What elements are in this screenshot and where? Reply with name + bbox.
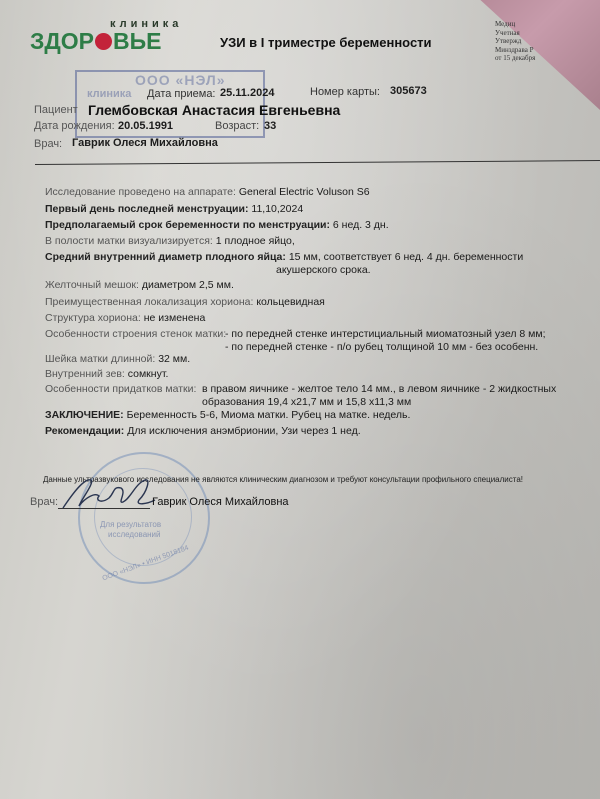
corner-form-note: Медиц Учетная Утвержд Минздрава Р от 15 … (495, 20, 555, 63)
ga-value: 6 нед. 3 дн. (333, 219, 389, 231)
finding-ga: Предполагаемый срок беременности по менс… (45, 219, 389, 231)
admission-date: 25.11.2024 (220, 87, 274, 99)
stamp-center-line-2: исследований (108, 530, 161, 539)
logo-left: ЗДОР (30, 28, 94, 54)
finding-cavity: В полости матки визуализируется: 1 плодн… (45, 235, 295, 247)
corner-note-line: от 15 декабря (495, 54, 555, 63)
chorion-struct-value: не изменена (144, 312, 206, 324)
finding-msd: Средний внутренний диаметр плодного яйца… (45, 251, 523, 263)
finding-chorion-struct: Структура хориона: не изменена (45, 312, 205, 324)
doctor-label: Врач: (34, 138, 62, 150)
os-label: Внутренний зев: (45, 368, 125, 380)
heart-icon (95, 33, 112, 50)
recommend-value: Для исключения анэмбрионии, Узи через 1 … (127, 425, 360, 437)
lmp-label: Первый день последней менструации: (45, 203, 248, 215)
logo-right: ВЬЕ (113, 28, 161, 54)
yolk-value: диаметром 2,5 мм. (142, 279, 234, 291)
walls-label: Особенности строения стенок матки: (45, 328, 226, 340)
yolk-label: Желточный мешок: (45, 279, 139, 291)
chorion-loc-value: кольцевидная (256, 296, 325, 308)
device-label: Исследование проведено на аппарате: (45, 186, 236, 198)
age: 33 (264, 120, 276, 132)
walls-line-1: - по передней стенке интерстициальный ми… (225, 328, 546, 340)
stamp-subtitle: клиника (87, 88, 131, 100)
cervix-label: Шейка матки длинной: (45, 353, 155, 365)
device-value: General Electric Voluson S6 (239, 186, 370, 198)
logo-wordmark: ЗДОРВЬЕ (30, 28, 162, 55)
msd-label: Средний внутренний диаметр плодного яйца… (45, 251, 286, 263)
chorion-struct-label: Структура хориона: (45, 312, 141, 324)
finding-chorion-loc: Преимущественная локализация хориона: ко… (45, 296, 325, 308)
admission-date-label: Дата приема: (147, 88, 216, 100)
os-value: сомкнут. (128, 368, 169, 380)
doctor-name: Гаврик Олеся Михайловна (72, 137, 218, 149)
finding-recommendation: Рекомендации: Для исключения анэмбрионии… (45, 425, 361, 437)
dob: 20.05.1991 (118, 120, 173, 132)
cavity-label: В полости матки визуализируется: (45, 235, 213, 247)
adnexa-line-1: в правом яичнике - желтое тело 14 мм., в… (202, 383, 556, 395)
finding-adnexa: Особенности придатков матки: (45, 383, 196, 395)
cervix-value: 32 мм. (158, 353, 190, 365)
finding-device: Исследование проведено на аппарате: Gene… (45, 186, 370, 198)
msd-value: 15 мм, соответствует 6 нед. 4 дн. береме… (289, 251, 523, 263)
walls-line-2: - по передней стенке - п/о рубец толщино… (225, 341, 538, 353)
document-title: УЗИ в I триместре беременности (220, 35, 432, 50)
corner-note-line: Утвержд (495, 37, 555, 46)
corner-note-line: Медиц (495, 20, 555, 29)
signature-icon (55, 470, 165, 515)
corner-note-line: Минздрава Р (495, 46, 555, 55)
header-divider (35, 160, 600, 165)
signature-doctor-name: Гаврик Олеся Михайловна (152, 496, 289, 508)
cavity-value: 1 плодное яйцо, (216, 235, 295, 247)
age-label: Возраст: (215, 120, 259, 132)
adnexa-line-2: образования 19,4 х21,7 мм и 15,8 х11,3 м… (202, 396, 411, 408)
msd-continuation: акушерского срока. (276, 264, 371, 276)
finding-conclusion: ЗАКЛЮЧЕНИЕ: Беременность 5-6, Миома матк… (45, 409, 410, 421)
stamp-center-line-1: Для результатов (100, 520, 161, 529)
dob-label: Дата рождения: (34, 120, 115, 132)
corner-note-line: Учетная (495, 29, 555, 38)
card-number: 305673 (390, 85, 427, 97)
signature-label: Врач: (30, 496, 58, 508)
adnexa-label: Особенности придатков матки: (45, 383, 196, 395)
conclusion-label: ЗАКЛЮЧЕНИЕ: (45, 409, 124, 421)
finding-yolk: Желточный мешок: диаметром 2,5 мм. (45, 279, 234, 291)
chorion-loc-label: Преимущественная локализация хориона: (45, 296, 253, 308)
conclusion-value: Беременность 5-6, Миома матки. Рубец на … (127, 409, 411, 421)
finding-cervix: Шейка матки длинной: 32 мм. (45, 353, 190, 365)
card-number-label: Номер карты: (310, 86, 380, 98)
ga-label: Предполагаемый срок беременности по менс… (45, 219, 330, 231)
patient-name: Глембовская Анастасия Евгеньевна (88, 102, 340, 118)
finding-walls: Особенности строения стенок матки: (45, 328, 226, 340)
lmp-value: 11,10,2024 (251, 203, 303, 215)
finding-os: Внутренний зев: сомкнут. (45, 368, 168, 380)
finding-lmp: Первый день последней менструации: 11,10… (45, 203, 303, 215)
patient-label: Пациент (34, 104, 78, 116)
stamp-title: ООО «НЭЛ» (135, 72, 226, 88)
recommend-label: Рекомендации: (45, 425, 124, 437)
